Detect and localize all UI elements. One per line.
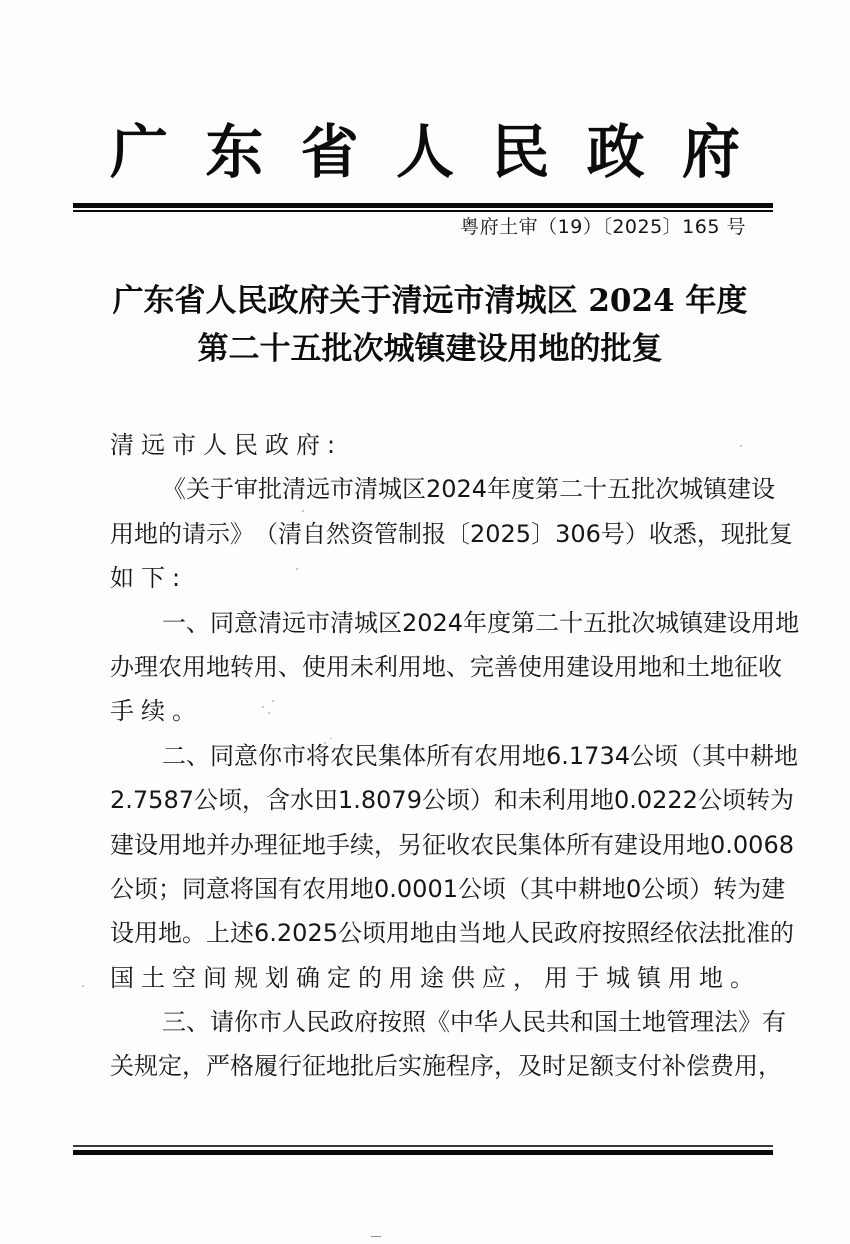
body-line: 手续。: [110, 689, 746, 733]
masthead: 广 东 省 人 民 政 府: [110, 112, 740, 192]
masthead-char: 东: [205, 112, 263, 192]
body-line: 国土空间规划确定的用途供应，用于城镇用地。: [110, 956, 746, 1000]
body-line: 三、请你市人民政府按照《中华人民共和国土地管理法》有: [110, 1000, 746, 1044]
document-title-line-1: 广东省人民政府关于清远市清城区 2024 年度: [110, 281, 750, 321]
document-body: 清远市人民政府:《关于审批清远市清城区2024年度第二十五批次城镇建设用地的请示…: [110, 423, 746, 1089]
scan-speck: [740, 445, 742, 447]
body-line: 公顷；同意将国有农用地0.0001公顷（其中耕地0公顷）转为建: [110, 867, 746, 911]
scan-speck: [324, 742, 326, 744]
body-line: 2.7587公顷，含水田1.8079公顷）和未利用地0.0222公顷转为: [110, 778, 746, 822]
scan-speck: [302, 510, 304, 512]
scan-speck: [268, 712, 270, 714]
body-line: 《关于审批清远市清城区2024年度第二十五批次城镇建设: [110, 467, 746, 511]
masthead-char: 广: [110, 112, 168, 192]
footer-divider-thin: [73, 1145, 773, 1147]
masthead-char: 府: [682, 112, 740, 192]
body-line: 二、同意你市将农民集体所有农用地6.1734公顷（其中耕地: [110, 734, 746, 778]
scan-speck: [296, 568, 298, 570]
masthead-char: 省: [301, 112, 359, 192]
body-line: 关规定，严格履行征地批后实施程序，及时足额支付补偿费用，: [110, 1044, 746, 1088]
document-title-line-2: 第二十五批次城镇建设用地的批复: [110, 329, 750, 369]
document-number: 粤府土审（19）〔2025〕165 号: [460, 212, 746, 242]
scan-speck: [82, 985, 84, 987]
scan-speck: [272, 700, 274, 702]
body-line: 建设用地并办理征地手续，另征收农民集体所有建设用地0.0068: [110, 823, 746, 867]
scan-speck: [330, 738, 332, 739]
masthead-char: 民: [491, 112, 549, 192]
masthead-char: 人: [396, 112, 454, 192]
document-page: 广 东 省 人 民 政 府 粤府土审（19）〔2025〕165 号 广东省人民政…: [0, 0, 850, 1244]
footer-divider-thick: [73, 1150, 773, 1155]
body-line: 办理农用地转用、使用未利用地、完善使用建设用地和土地征收: [110, 645, 746, 689]
body-line: 清远市人民政府:: [110, 423, 746, 467]
masthead-char: 政: [587, 112, 645, 192]
body-line: 用地的请示》（清自然资管制报〔2025〕306号）收悉，现批复: [110, 512, 746, 556]
body-line: 设用地。上述6.2025公顷用地由当地人民政府按照经依法批准的: [110, 911, 746, 955]
page-number-mark: [371, 1236, 381, 1237]
scan-speck: [262, 706, 264, 708]
body-line: 如下:: [110, 556, 746, 600]
masthead-divider-thick: [73, 203, 773, 208]
body-line: 一、同意清远市清城区2024年度第二十五批次城镇建设用地: [110, 601, 746, 645]
